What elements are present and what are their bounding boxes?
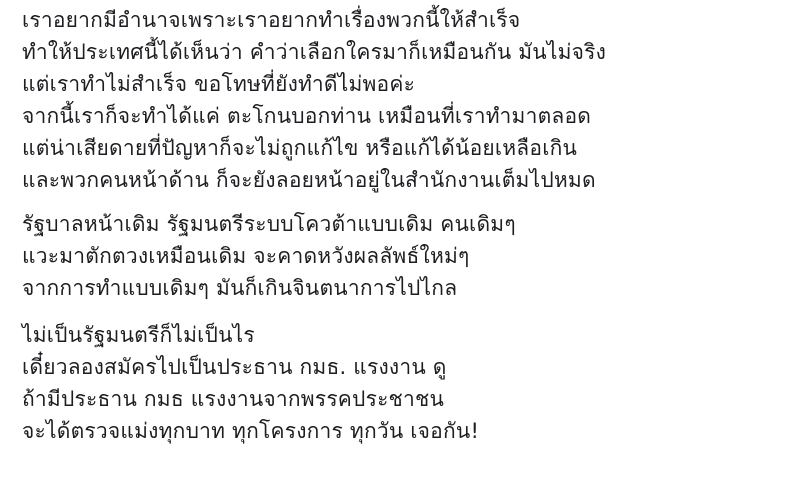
post-line: จากการทำแบบเดิมๆ มันก็เกินจินตนาการไปไกล [22,272,792,304]
post-paragraph-3: ไม่เป็นรัฐมนตรีก็ไม่เป็นไร เดี๋ยวลองสมัค… [22,319,792,447]
post-text-body: เราอยากมีอำนาจเพราะเราอยากทำเรื่องพวกนี้… [22,4,792,447]
post-line: เราอยากมีอำนาจเพราะเราอยากทำเรื่องพวกนี้… [22,4,792,36]
post-line: ทำให้ประเทศนี้ได้เห็นว่า คำว่าเลือกใครมา… [22,36,792,68]
post-paragraph-2: รัฐบาลหน้าเดิม รัฐมนตรีระบบโควต้าแบบเดิม… [22,208,792,304]
post-line: จากนี้เราก็จะทำได้แค่ ตะโกนบอกท่าน เหมือ… [22,100,792,132]
post-line: จะได้ตรวจแม่งทุกบาท ทุกโครงการ ทุกวัน เจ… [22,415,792,447]
post-line: ไม่เป็นรัฐมนตรีก็ไม่เป็นไร [22,319,792,351]
post-line: ถ้ามีประธาน กมธ แรงงานจากพรรคประชาชน [22,383,792,415]
post-line: แวะมาตักตวงเหมือนเดิม จะคาดหวังผลลัพธ์ให… [22,240,792,272]
post-line: รัฐบาลหน้าเดิม รัฐมนตรีระบบโควต้าแบบเดิม… [22,208,792,240]
post-paragraph-1: เราอยากมีอำนาจเพราะเราอยากทำเรื่องพวกนี้… [22,4,792,196]
post-line: และพวกคนหน้าด้าน ก็จะยังลอยหน้าอยู่ในสำน… [22,164,792,196]
post-line: แต่เราทำไม่สำเร็จ ขอโทษที่ยังทำดีไม่พอค่… [22,68,792,100]
post-line: แต่น่าเสียดายที่ปัญหาก็จะไม่ถูกแก้ไข หรื… [22,132,792,164]
post-line: เดี๋ยวลองสมัครไปเป็นประธาน กมธ. แรงงาน ด… [22,351,792,383]
